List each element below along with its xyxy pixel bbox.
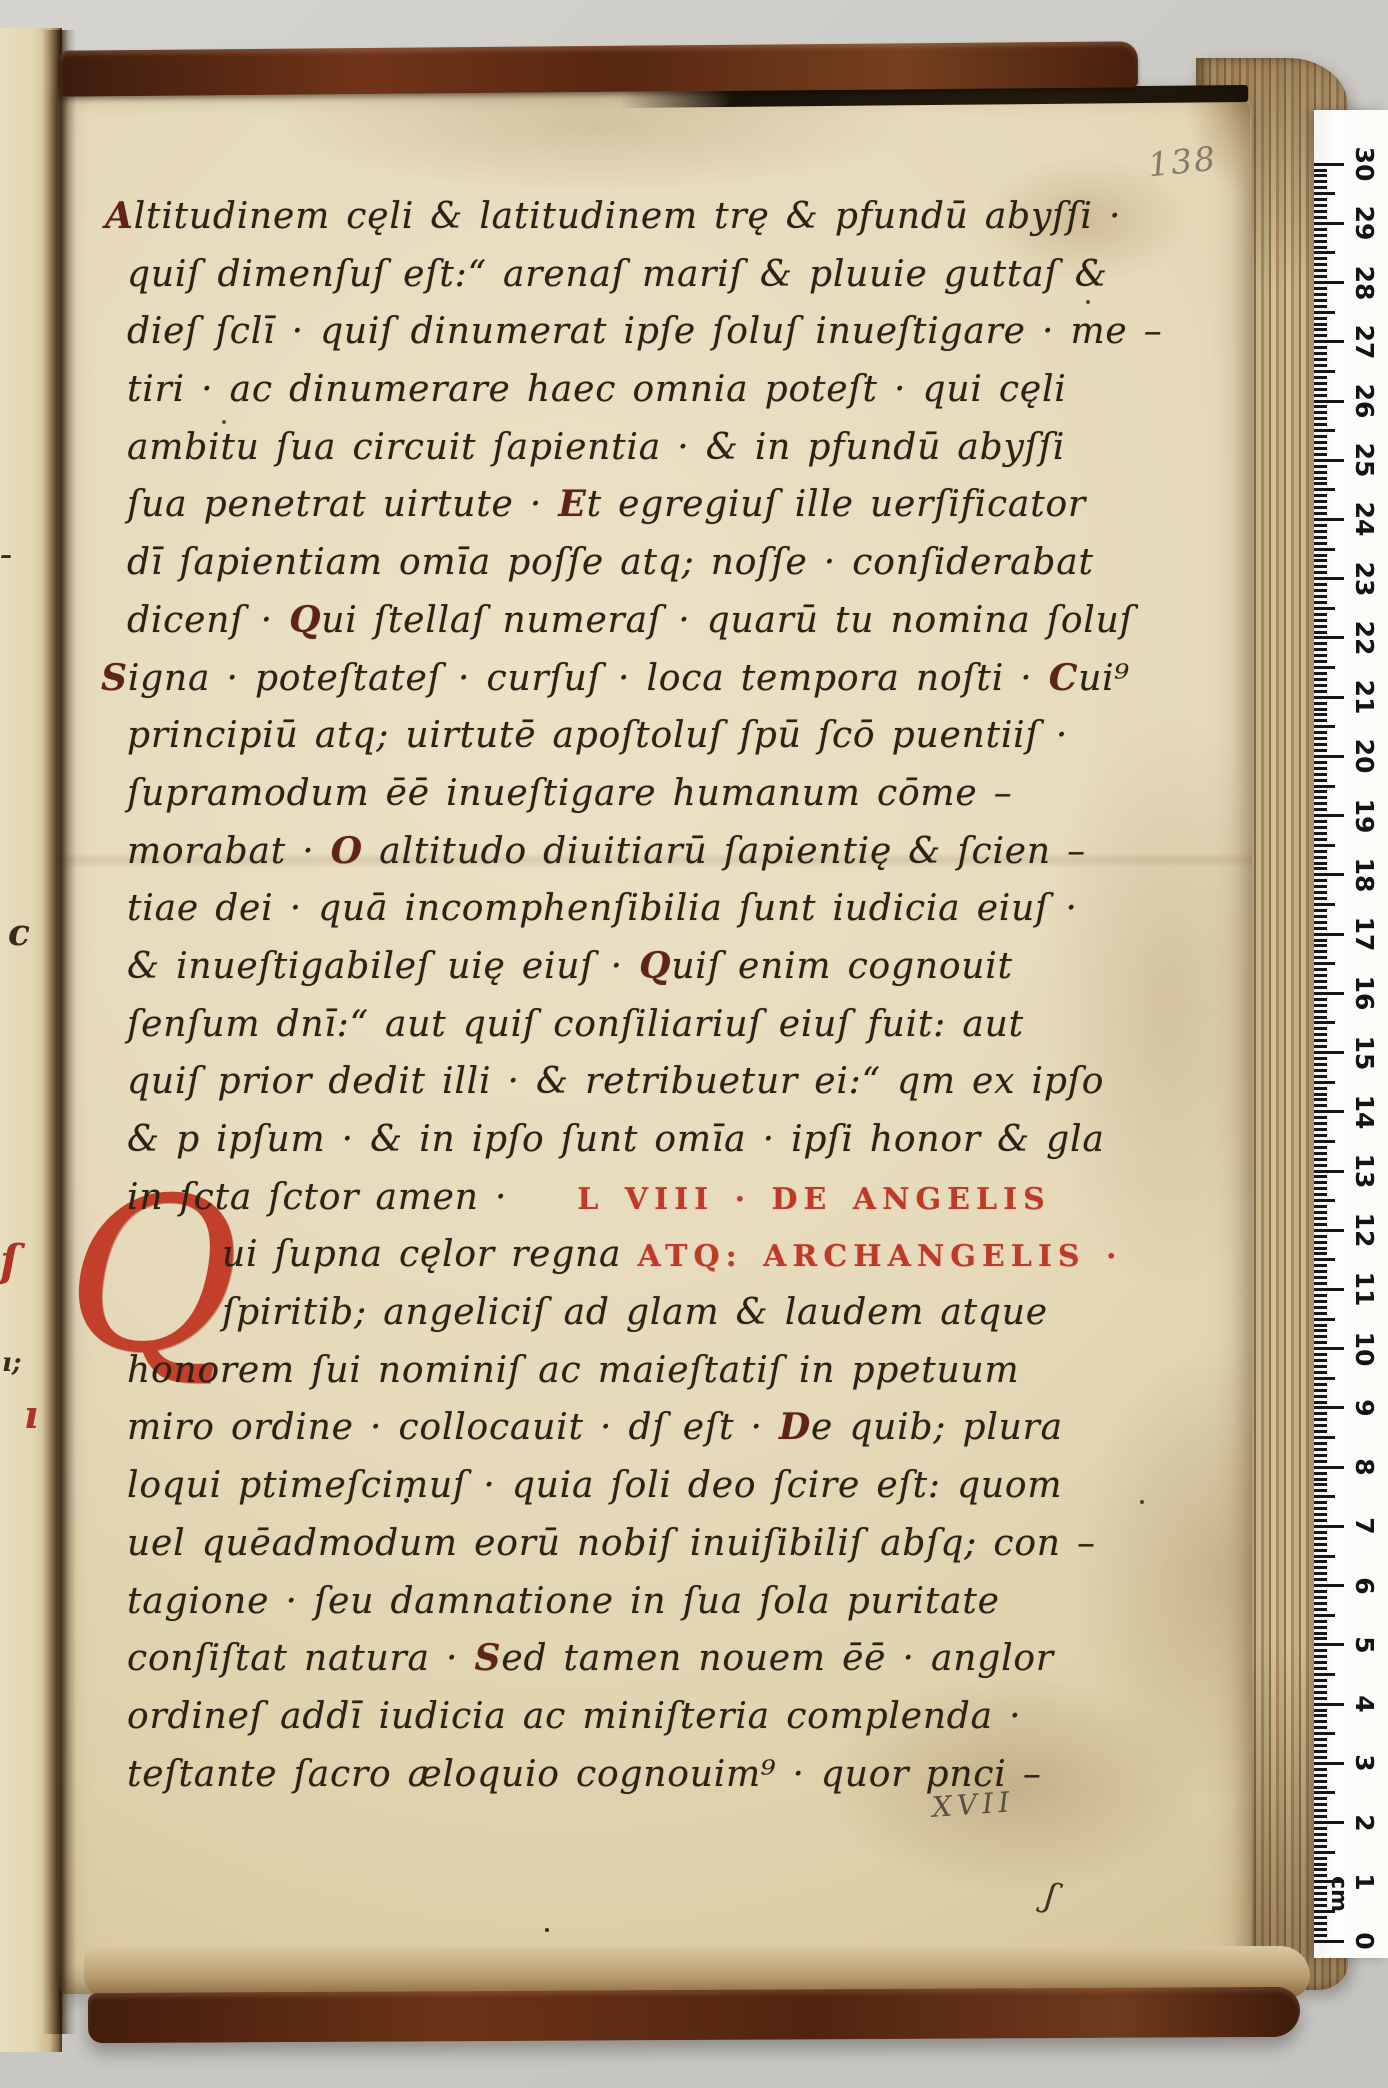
ruler-tick [1314,1489,1327,1492]
ruler-tick [1314,1229,1344,1232]
text-segment: miro ordine · collocauit · dſ eſt · [127,1407,779,1448]
ruler-tick [1314,1193,1327,1196]
ruler-tick [1314,287,1327,290]
ruler-tick [1314,631,1327,634]
ruler-tick [1314,1347,1344,1350]
ruler-tick [1314,1803,1327,1806]
ruler-tick [1314,453,1327,456]
ruler-tick [1314,1460,1327,1463]
ruler-tick [1314,1703,1344,1706]
ruler-tick [1314,1910,1335,1913]
ruler-tick [1314,1341,1327,1344]
ruler-tick [1314,1626,1327,1629]
ruler-tick [1314,1868,1327,1871]
ruler-tick [1314,1241,1327,1244]
ruler-tick [1314,293,1327,296]
ruler-number: 29 [1350,208,1380,238]
text-segment: ambitu ſua circuit ſapientia · & in pfun… [127,427,1065,468]
ruler-tick [1314,1637,1327,1640]
ruler-tick [1314,222,1344,225]
ruler-tick [1314,1472,1327,1475]
text-block: Altitudinem cęli & latitudinem trę & pfu… [127,188,1127,1803]
manuscript-line: miro ordine · collocauit · dſ eſt · De q… [127,1399,1127,1457]
text-segment: S [475,1637,502,1679]
ruler-tick [1314,1383,1327,1386]
ruler-tick [1314,340,1344,343]
ruler-tick [1314,974,1327,977]
ruler-tick [1314,1726,1327,1729]
ruler-tick [1314,465,1327,468]
ruler-tick [1314,1039,1327,1042]
ruler-tick [1314,1312,1327,1315]
ruler-tick [1314,844,1335,847]
ruler-tick [1314,1170,1344,1173]
text-segment: S [101,657,128,699]
ruler-tick [1314,998,1327,1001]
ruler-tick [1314,257,1327,260]
ruler-tick [1314,554,1327,557]
ruler-tick [1314,1329,1327,1332]
ruler-tick [1314,927,1327,930]
ruler-tick [1314,559,1327,562]
text-segment: igna · poteſtateſ · curſuſ · loca tempor… [128,658,1049,699]
ruler-number: 9 [1350,1393,1380,1423]
photograph-backdrop: { "photo": { "folio_number": "138", "pen… [0,0,1388,2088]
ruler-tick [1314,1880,1344,1883]
manuscript-line: ſenſum dnī:“ aut quiſ conſiliariuſ eiuſ … [127,996,1127,1054]
ruler-tick [1314,311,1335,314]
ruler-tick [1314,358,1327,361]
ruler-number: 26 [1350,386,1380,416]
folio-number: 138 [1146,139,1219,185]
ruler-tick [1314,240,1327,243]
ruler-tick [1314,601,1327,604]
ruler-tick [1314,1430,1327,1433]
ruler-tick [1314,867,1327,870]
ruler-tick [1314,1454,1327,1457]
facing-page-text-fragment: ı [24,1392,38,1437]
text-segment: ed tamen nouem ēē · anglor [501,1638,1054,1679]
ruler-tick [1314,394,1327,397]
ink-speck [1086,300,1090,304]
ruler-tick [1314,595,1327,598]
manuscript-line: morabat · O altitudo diuitiarū ſapientię… [127,823,1127,881]
ruler-tick [1314,1720,1327,1723]
ruler-tick [1314,1738,1327,1741]
manuscript-line: loqui ptimeſcimuſ · quia ſoli deo ſcire … [127,1457,1127,1515]
ruler-tick [1314,696,1344,699]
ruler-tick [1314,885,1327,888]
ruler-tick [1314,690,1327,693]
ruler-number: 27 [1350,327,1380,357]
text-segment: loqui ptimeſcimuſ · quia ſoli deo ſcire … [127,1465,1062,1506]
ruler-tick [1314,477,1327,480]
ruler-tick [1314,903,1335,906]
ruler-tick [1314,992,1344,995]
ruler-tick [1314,1401,1327,1404]
ruler-tick [1314,1578,1327,1581]
ruler-tick [1314,1021,1335,1024]
text-segment: ſupramodum ēē inueſtigare humanum cōme – [127,773,1013,814]
ruler-tick [1314,1495,1335,1498]
ruler-tick [1314,583,1327,586]
ruler-tick [1314,1762,1344,1765]
ruler-tick [1314,382,1327,385]
ruler-tick [1314,873,1344,876]
text-segment: teſtante ſacro æloquio cognouim⁹ · quor … [127,1754,1042,1795]
ruler-tick [1314,1051,1344,1054]
ruler-tick [1314,1093,1327,1096]
ruler-tick [1314,1081,1335,1084]
ruler-tick [1314,328,1327,331]
ruler-number: 24 [1350,504,1380,534]
ruler-tick [1314,500,1327,503]
ruler-tick [1314,1478,1327,1481]
ruler-tick [1314,1774,1327,1777]
ruler-tick [1314,1543,1327,1546]
ruler-tick [1314,950,1327,953]
ruler-tick [1314,672,1327,675]
ruler-tick [1314,1187,1327,1190]
ruler-tick [1314,1483,1327,1486]
ruler-tick [1314,1549,1327,1552]
ruler-tick [1314,1714,1327,1717]
ruler-tick [1314,1655,1327,1658]
ruler-tick [1314,441,1327,444]
ruler-tick [1314,725,1335,728]
ruler-tick [1314,814,1344,817]
ruler-tick [1314,506,1327,509]
manuscript-line: ſua penetrat uirtute · Et egregiuſ ille … [127,476,1127,534]
ruler-number: 5 [1350,1630,1380,1660]
ruler-number: 2 [1350,1808,1380,1838]
ink-speck [545,1928,549,1932]
text-segment: E [558,483,586,525]
ruler-tick [1314,1709,1327,1712]
ruler-tick [1314,666,1335,669]
ruler-tick [1314,856,1327,859]
ruler-number: 15 [1350,1038,1380,1068]
ruler-tick [1314,210,1327,213]
ruler-tick [1314,1158,1327,1161]
rubric-text: L VIII · DE ANGELIS [577,1182,1051,1217]
ruler-tick [1314,1898,1327,1901]
ruler-tick [1314,1069,1327,1072]
ruler-tick [1314,654,1327,657]
ruler-tick [1314,1839,1327,1842]
ruler-tick [1314,1027,1327,1030]
ruler-number: 14 [1350,1097,1380,1127]
ruler-tick [1314,1122,1327,1125]
ruler-tick [1314,1294,1327,1297]
ruler-tick [1314,648,1327,651]
ruler-tick [1314,269,1327,272]
ruler-tick [1314,447,1327,450]
ruler-tick [1314,1335,1327,1338]
ruler-tick [1314,1365,1327,1368]
ruler-tick [1314,216,1327,219]
ruler-tick [1314,400,1344,403]
ruler-tick [1314,1501,1327,1504]
ruler-tick [1314,488,1335,491]
ruler-tick [1314,1057,1327,1060]
ruler-tick [1314,1110,1344,1113]
text-segment: quiſ prior dedit illi · & retribuetur ei… [127,1061,1104,1102]
ruler-tick [1314,761,1327,764]
ruler-tick [1314,625,1327,628]
manuscript-line: & p ipſum · & in ipſo ſunt omīa · ipſi h… [127,1111,1127,1169]
ruler-tick [1314,323,1327,326]
ruler-tick [1314,228,1327,231]
text-segment: ui⁹ [1078,658,1130,699]
ruler-tick [1314,1537,1327,1540]
facing-page-text-fragment: ſ [0,1236,19,1287]
ruler-tick [1314,317,1327,320]
ruler-tick [1314,1033,1327,1036]
ruler-tick [1314,1395,1327,1398]
ruler-tick [1314,459,1344,462]
ruler-tick [1314,1821,1344,1824]
ruler-tick [1314,334,1327,337]
ruler-tick [1314,1288,1344,1291]
facing-page-text-fragment: – [0,540,12,569]
ruler-tick [1314,1104,1327,1107]
ruler-tick [1314,1525,1344,1528]
ruler-tick [1314,180,1327,183]
ruler-tick [1314,820,1327,823]
text-segment: A [105,195,134,237]
ruler-tick [1314,1768,1327,1771]
text-segment: C [1049,657,1078,699]
ruler-tick [1314,678,1327,681]
ruler-tick [1314,417,1327,420]
ruler-tick [1314,423,1327,426]
ruler-tick [1314,1596,1327,1599]
ruler-number: 21 [1350,682,1380,712]
ruler-tick [1314,1928,1327,1931]
ruler-tick [1314,1916,1327,1919]
text-segment: tiae dei · quā incomphenſibilia ſunt iud… [127,888,1078,929]
manuscript-line: tiae dei · quā incomphenſibilia ſunt iud… [127,880,1127,938]
ruler-tick [1314,779,1327,782]
ruler-tick [1314,1602,1327,1605]
ruler-tick [1314,352,1327,355]
ruler-tick [1314,1418,1327,1421]
ruler-tick [1314,808,1327,811]
ruler-tick [1314,429,1335,432]
ruler-tick [1314,1353,1327,1356]
text-segment: ordineſ addī iudicia ac miniſteria compl… [127,1696,1021,1737]
ruler-tick [1314,1809,1327,1812]
rubric-text: ATQ: ARCHANGELIS · [638,1239,1123,1274]
ruler-tick [1314,1519,1327,1522]
ruler-tick [1314,234,1327,237]
ruler-tick [1314,962,1335,965]
manuscript-line: & inueſtigabileſ uię eiuſ · Quiſ enim co… [127,938,1127,996]
manuscript-line: ordineſ addī iudicia ac miniſteria compl… [127,1688,1127,1746]
ruler-tick [1314,862,1327,865]
ruler-tick [1314,613,1327,616]
ruler-tick [1314,826,1327,829]
text-segment: & inueſtigabileſ uię eiuſ · [127,946,639,987]
ruler-tick [1314,1691,1327,1694]
ruler-tick [1314,1116,1327,1119]
ruler-tick [1314,619,1327,622]
ruler-tick [1314,364,1327,367]
ruler-tick [1314,169,1327,172]
manuscript-line: conſiſtat natura · Sed tamen nouem ēē · … [127,1630,1127,1688]
ruler-tick [1314,719,1327,722]
manuscript-line: principiū atq; uirtutē apoſtoluſ ſpū ſcō… [127,707,1127,765]
text-segment: tiri · ac dinumerare haec omnia poteſt ·… [127,369,1067,410]
text-segment: dī ſapientiam omīa poſſe atq; noſſe · co… [127,542,1094,583]
text-segment: morabat · [127,831,331,872]
ruler-tick [1314,1087,1327,1090]
ruler-tick [1314,174,1327,177]
ruler-tick [1314,1004,1327,1007]
ruler-tick [1314,281,1344,284]
ink-speck [1140,1500,1144,1504]
ruler-tick [1314,198,1327,201]
ruler-tick [1314,1857,1327,1860]
ruler-tick [1314,1632,1327,1635]
ruler-tick [1314,1146,1327,1149]
text-segment: in ſcta ſctor amen · [127,1177,507,1218]
manuscript-line: dieſ ſclī · quiſ dinumerat ipſe ſoluſ in… [127,303,1127,361]
ruler-tick [1314,1531,1327,1534]
ruler-tick [1314,163,1344,166]
ruler-tick [1314,1555,1335,1558]
ruler-number: 8 [1350,1452,1380,1482]
ruler-tick [1314,1590,1327,1593]
ruler-tick [1314,518,1344,521]
text-segment: uiſ enim cognouit [671,946,1013,987]
pencil-annotation: XVII [931,1785,1015,1824]
ruler-tick [1314,1697,1327,1700]
text-segment: ui ſupna cęlor regna [222,1234,638,1275]
ruler-tick [1314,1045,1327,1048]
ruler-tick [1314,388,1327,391]
ruler-tick [1314,1584,1344,1587]
ruler-tick [1314,773,1327,776]
text-segment: altitudo diuitiarū ſapientię & ſcien – [363,831,1086,872]
ruler-tick [1314,1181,1327,1184]
ruler-tick [1314,850,1327,853]
ruler-tick [1314,986,1327,989]
text-segment: ui ſtellaſ numeraſ · quarū tu nomina ſol… [321,600,1133,641]
ruler-tick [1314,1016,1327,1019]
ruler-tick [1314,482,1327,485]
ruler-tick [1314,1685,1327,1688]
ruler-tick [1314,1661,1327,1664]
manuscript-line: tagione · ſeu damnatione in ſua ſola pur… [127,1573,1127,1631]
ruler-tick [1314,1152,1327,1155]
ruler-tick [1314,251,1335,254]
ruler-number: 7 [1350,1511,1380,1541]
text-segment: & p ipſum · & in ipſo ſunt omīa · ipſi h… [127,1119,1105,1160]
ruler-tick [1314,536,1327,539]
ruler-tick [1314,1892,1327,1895]
ruler-tick [1314,1205,1327,1208]
text-segment: tagione · ſeu damnatione in ſua ſola pur… [127,1581,1000,1622]
ruler-tick [1314,1833,1327,1836]
ruler-tick [1314,1673,1335,1676]
ruler-tick [1314,702,1327,705]
ruler-tick [1314,1466,1344,1469]
ruler-number: 20 [1350,741,1380,771]
ruler-tick [1314,494,1327,497]
text-segment: ſpiritib; angeliciſ ad glam & laudem atq… [222,1292,1048,1333]
ruler-tick [1314,1507,1327,1510]
ruler-tick [1314,346,1327,349]
text-segment: honorem ſui nominiſ ac maieſtatiſ in ppe… [127,1350,1019,1391]
ruler-tick [1314,743,1327,746]
ruler-tick [1314,1786,1327,1789]
text-segment: Q [639,945,671,987]
ruler-tick [1314,246,1327,249]
ruler-tick [1314,1436,1335,1439]
ruler-tick [1314,1750,1327,1753]
ruler-tick [1314,838,1327,841]
text-segment: D [779,1406,811,1448]
ruler-tick [1314,1851,1335,1854]
ruler-tick [1314,891,1327,894]
ruler-tick [1314,1874,1327,1877]
ruler-tick [1314,1560,1327,1563]
ruler-number: 17 [1350,919,1380,949]
ruler-tick [1314,713,1327,716]
photographic-scale-ruler: cm 0123456789101112131415161718192021222… [1314,110,1388,1958]
ruler-tick [1314,524,1327,527]
ruler-number: 16 [1350,978,1380,1008]
manuscript-line: uel quēadmodum eorū nobiſ inuiſibiliſ ab… [127,1515,1127,1573]
ruler-tick [1314,897,1327,900]
text-segment: dicenſ · [127,600,289,641]
ruler-number: 6 [1350,1571,1380,1601]
ruler-tick [1314,1300,1327,1303]
ruler-tick [1314,684,1327,687]
ruler-tick [1314,1264,1327,1267]
manuscript-line: dicenſ · Qui ſtellaſ numeraſ · quarū tu … [127,592,1127,650]
text-segment: e quib; plura [811,1407,1063,1448]
ruler-tick [1314,204,1327,207]
ruler-tick [1314,565,1327,568]
ruler-tick [1314,1276,1327,1279]
ruler-tick [1314,749,1327,752]
ruler-tick [1314,1010,1327,1013]
ruler-tick [1314,607,1335,610]
ruler-tick [1314,512,1327,515]
ruler-tick [1314,1406,1344,1409]
ruler-tick [1314,1566,1327,1569]
ruler-tick [1314,1732,1335,1735]
ruler-tick [1314,1940,1344,1943]
ruler-tick [1314,1513,1327,1516]
ruler-tick [1314,1371,1327,1374]
ruler-tick [1314,767,1327,770]
ruler-tick [1314,1643,1344,1646]
ruler-tick [1314,802,1327,805]
manuscript-line: Signa · poteſtateſ · curſuſ · loca tempo… [127,650,1127,708]
leather-binding-top [60,41,1138,96]
ruler-number: 13 [1350,1156,1380,1186]
ruler-tick [1314,1098,1327,1101]
ruler-tick [1314,737,1327,740]
text-segment: Q [289,599,321,641]
ruler-tick [1314,530,1327,533]
ruler-tick [1314,1780,1327,1783]
ruler-tick [1314,1886,1327,1889]
